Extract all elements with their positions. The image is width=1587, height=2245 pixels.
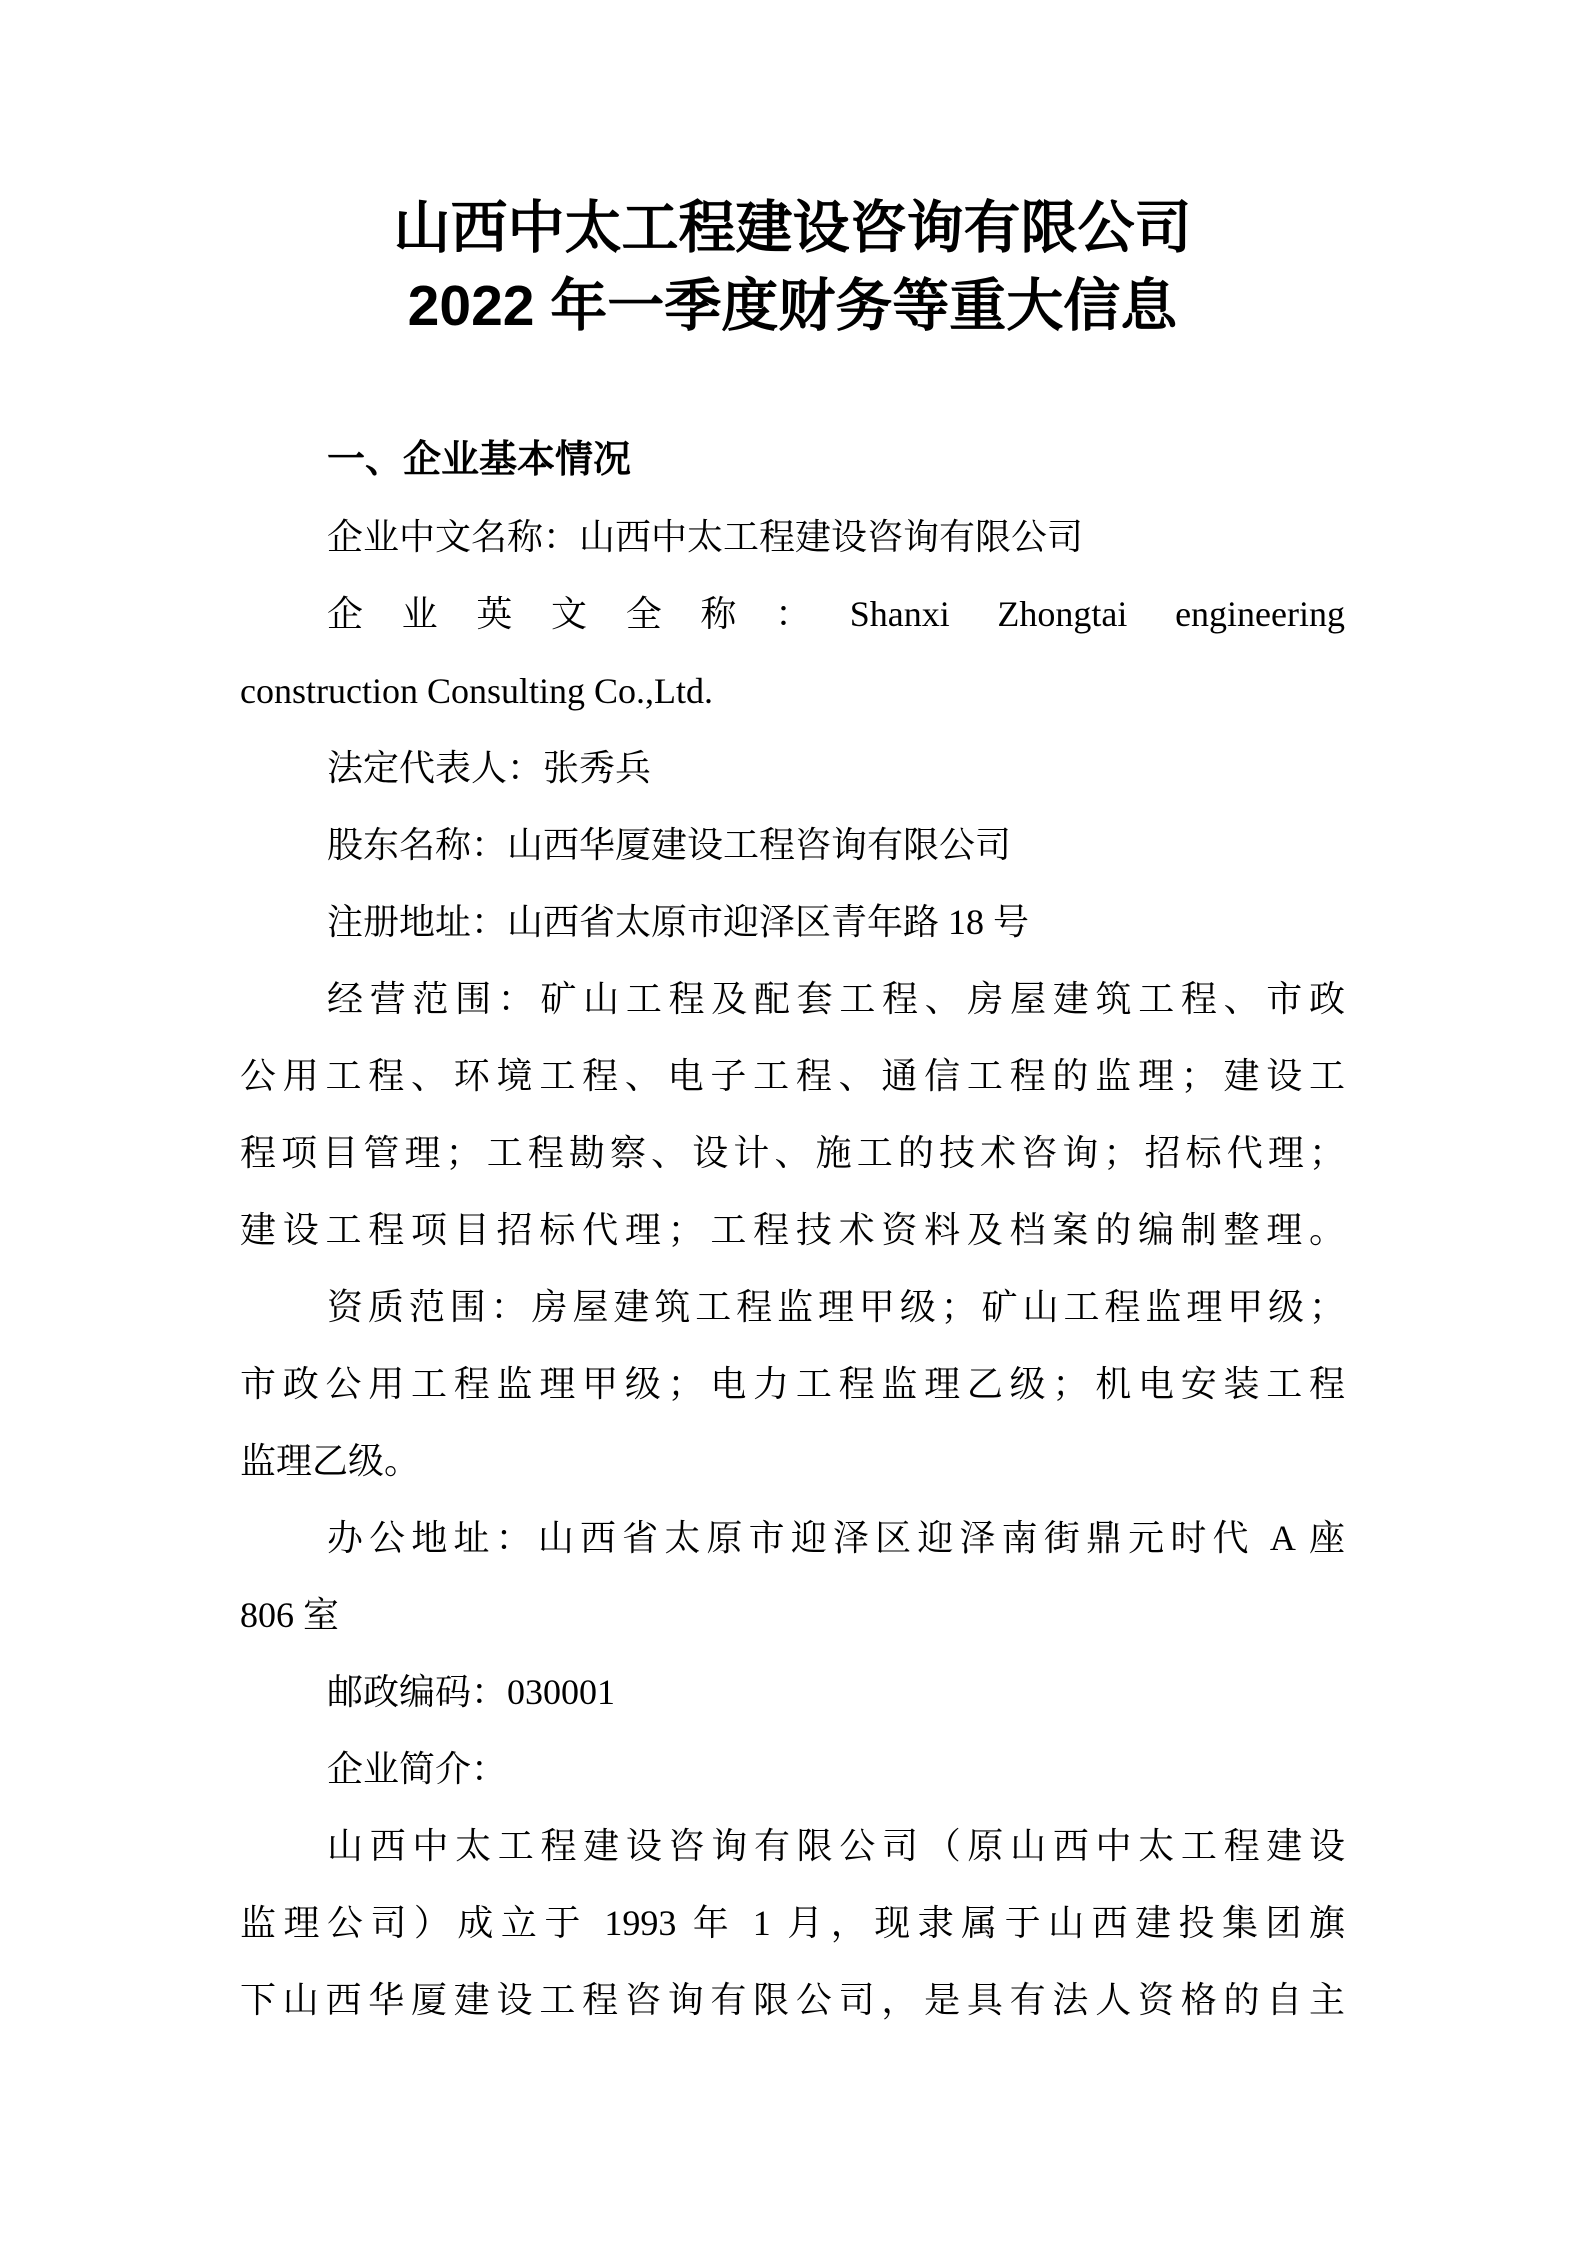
document-page: 山西中太工程建设咨询有限公司 2022 年一季度财务等重大信息 一、企业基本情况… [0,0,1587,2245]
body-line: 市政公用工程监理甲级；电力工程监理乙级；机电安装工程 [240,1346,1345,1423]
document-title-line-2: 2022 年一季度财务等重大信息 [240,267,1345,345]
body-line: 经营范围：矿山工程及配套工程、房屋建筑工程、市政 [240,961,1345,1038]
body-line: 下山西华厦建设工程咨询有限公司，是具有法人资格的自主 [240,1962,1345,2039]
body-line: 资质范围：房屋建筑工程监理甲级；矿山工程监理甲级； [240,1269,1345,1346]
body-line: 注册地址：山西省太原市迎泽区青年路 18 号 [240,884,1345,961]
body-line: 监理公司）成立于 1993 年 1 月，现隶属于山西建投集团旗 [240,1885,1345,1962]
body-line: 建设工程项目招标代理；工程技术资料及档案的编制整理。 [240,1192,1345,1269]
body-line: 法定代表人：张秀兵 [240,730,1345,807]
blank-line [240,345,1345,422]
body-line: construction Consulting Co.,Ltd. [240,653,1345,730]
body-line: 邮政编码：030001 [240,1654,1345,1731]
document-title-line-1: 山西中太工程建设咨询有限公司 [240,189,1345,267]
body-line: 办公地址：山西省太原市迎泽区迎泽南街鼎元时代 A 座 [240,1500,1345,1577]
body-line: 企业中文名称：山西中太工程建设咨询有限公司 [240,499,1345,576]
body-line: 程项目管理；工程勘察、设计、施工的技术咨询；招标代理； [240,1115,1345,1192]
body-line: 山西中太工程建设咨询有限公司（原山西中太工程建设 [240,1808,1345,1885]
document-body: 企业中文名称：山西中太工程建设咨询有限公司企业英文全称：Shanxi Zhong… [240,499,1345,2039]
body-line: 公用工程、环境工程、电子工程、通信工程的监理；建设工 [240,1038,1345,1115]
section-heading: 一、企业基本情况 [240,422,1345,499]
body-line: 企业英文全称：Shanxi Zhongtai engineering [240,576,1345,653]
document-title: 山西中太工程建设咨询有限公司 2022 年一季度财务等重大信息 [240,189,1345,345]
body-line: 监理乙级。 [240,1423,1345,1500]
body-line: 企业简介： [240,1731,1345,1808]
body-line: 股东名称：山西华厦建设工程咨询有限公司 [240,807,1345,884]
body-line: 806 室 [240,1577,1345,1654]
